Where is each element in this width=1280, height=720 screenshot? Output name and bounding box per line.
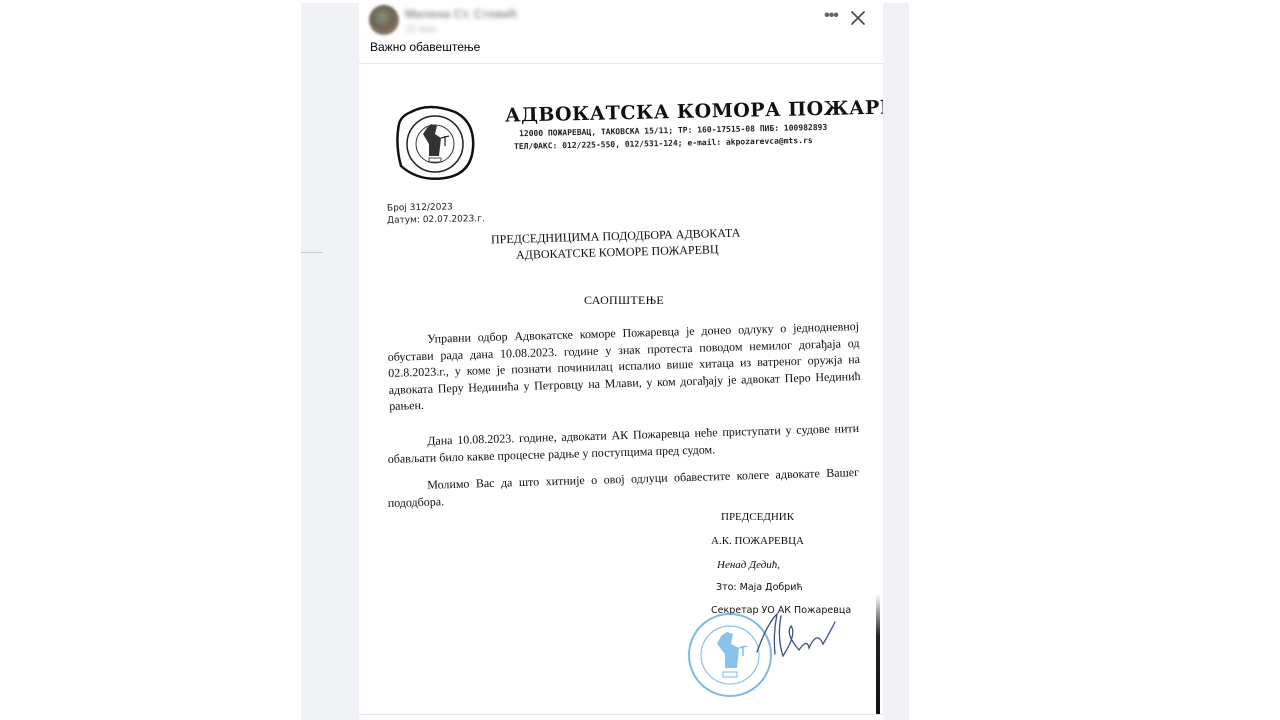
paragraph-1: Управни одбор Адвокатске коморе Пожаревц… bbox=[387, 318, 861, 414]
document-number: Број 312/2023 bbox=[387, 202, 453, 213]
post-card: Милена Ст. Стевић 22 мин Важно обавештењ… bbox=[359, 3, 883, 720]
document-heading: САОПШТЕЊЕ bbox=[584, 293, 664, 308]
post-header: Милена Ст. Стевић 22 мин Важно обавештењ… bbox=[359, 3, 883, 64]
author-name[interactable]: Милена Ст. Стевић bbox=[405, 7, 517, 21]
post-timestamp[interactable]: 22 мин bbox=[405, 24, 437, 35]
post-caption: Важно обавештење bbox=[370, 40, 480, 54]
more-options-button[interactable]: ••• bbox=[820, 9, 842, 27]
document-date: Датум: 02.07.2023.г. bbox=[387, 214, 485, 226]
paragraph-2: Дана 10.08.2023. године, адвокати АК Пож… bbox=[387, 420, 860, 467]
paragraph-3: Молимо Вас да што хитније о овој одлуци … bbox=[387, 464, 860, 511]
bar-association-seal-icon bbox=[389, 104, 477, 184]
on-behalf-line: Зто: Маја Добрић bbox=[716, 582, 803, 593]
signature-organization: А.К. ПОЖАРЕВЦА bbox=[711, 535, 804, 547]
close-button[interactable] bbox=[847, 7, 869, 29]
signature-title: ПРЕДСЕДНИК bbox=[721, 511, 794, 523]
divider bbox=[301, 252, 323, 253]
president-name: Ненад Дедић, bbox=[717, 559, 780, 571]
close-icon bbox=[847, 7, 869, 29]
author-avatar[interactable] bbox=[369, 5, 399, 35]
letterhead-contact: ТЕЛ/ФАКС: 012/225-550, 012/531-124; e-ma… bbox=[514, 136, 813, 151]
more-options-icon: ••• bbox=[824, 7, 838, 24]
document-edge-shadow bbox=[876, 594, 880, 714]
handwritten-signature-icon bbox=[747, 604, 847, 664]
document-image[interactable]: АДВОКАТСКА КОМОРА ПОЖАРЕВЦА 12000 ПОЖАРЕ… bbox=[359, 64, 883, 715]
